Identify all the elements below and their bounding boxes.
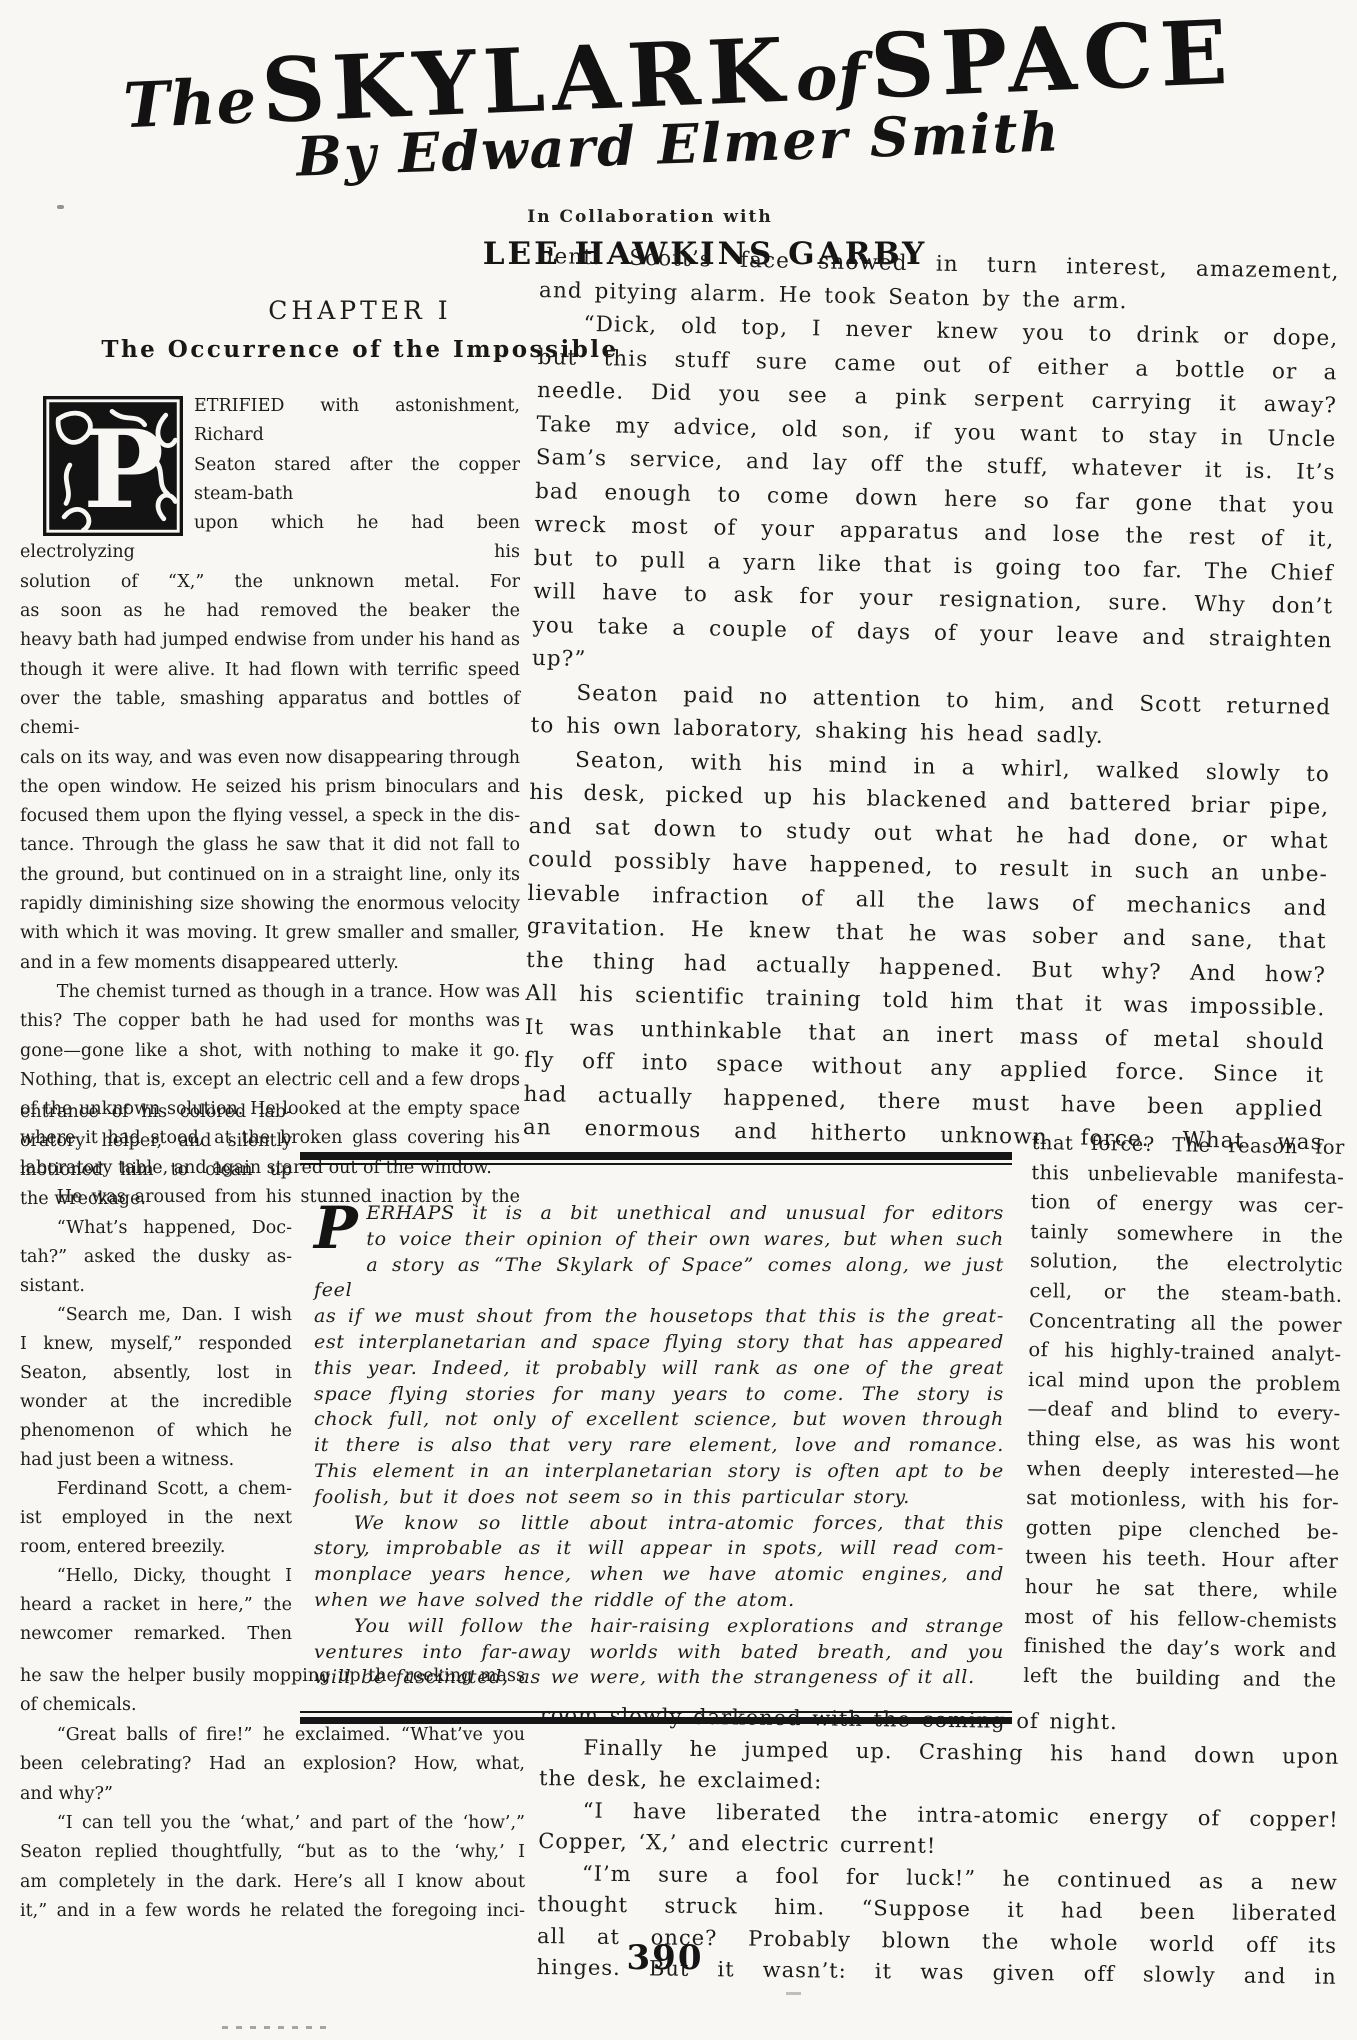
text-line: left the building and the <box>1023 1661 1336 1696</box>
text-line: solution of “X,” the unknown metal. For <box>20 568 520 597</box>
text-line: phenomenon of which he <box>20 1417 292 1446</box>
text-line: newcomer remarked. Then <box>20 1620 292 1649</box>
text-line: oratory helper, and silently <box>20 1127 292 1156</box>
text-line: gone—gone like a shot, with nothing to m… <box>20 1037 520 1066</box>
editor-note-box: P ERHAPS it is a bit unethical and unusu… <box>300 1152 1012 1724</box>
text-line: sistant. <box>20 1272 292 1301</box>
column-left-narrow: entrance of his colored lab-oratory help… <box>20 1098 292 1649</box>
text-line: story, improbable as it will appear in s… <box>314 1536 1004 1562</box>
text-line: it there is also that very rare element,… <box>314 1433 1004 1459</box>
text-line: been celebrating? Had an explosion? How,… <box>20 1750 525 1779</box>
scan-artifact-dot <box>57 205 64 209</box>
text-line: ERHAPS it is a bit unethical and unusual… <box>314 1201 1004 1227</box>
text-line: focused them upon the flying vessel, a s… <box>20 802 520 831</box>
text-line: You will follow the hair-raising explora… <box>314 1614 1004 1640</box>
text-line: ist employed in the next <box>20 1504 292 1533</box>
text-line: cals on its way, and was even now disapp… <box>20 744 520 773</box>
text-line: “Search me, Dan. I wish <box>20 1301 292 1330</box>
text-line: “Great balls of fire!” he exclaimed. “Wh… <box>20 1721 525 1750</box>
text-line: ical mind upon the problem <box>1028 1365 1341 1400</box>
text-line: ventures into far-away worlds with bated… <box>314 1640 1004 1666</box>
ornate-dropcap-icon: P <box>42 396 184 536</box>
scan-artifact-dash <box>786 1992 801 1995</box>
text-line: est interplanetarian and space flying st… <box>314 1330 1004 1356</box>
text-line: —deaf and blind to every- <box>1027 1394 1340 1429</box>
text-line: tion of energy was cer- <box>1031 1187 1344 1222</box>
text-line: am completely in the dark. Here’s all I … <box>20 1868 525 1897</box>
text-line: tween his teeth. Hour after <box>1025 1542 1338 1577</box>
text-line: tance. Through the glass he saw that it … <box>20 831 520 860</box>
column-right-top: dent. Scott’s face showed in turn intere… <box>523 240 1340 1160</box>
column-left-top: P ETRIFIED with astonishment, RichardSea… <box>20 392 520 1212</box>
text-line: Nothing, that is, except an electric cel… <box>20 1066 520 1095</box>
text-line: of his highly-trained analyt- <box>1028 1335 1341 1370</box>
text-line: the ground, but continued on in a straig… <box>20 861 520 890</box>
editor-note-body: P ERHAPS it is a bit unethical and unusu… <box>300 1165 1012 1691</box>
text-line: Ferdinand Scott, a chem- <box>20 1475 292 1504</box>
scan-artifact-dots <box>222 2026 334 2029</box>
text-line: when deeply interested—he <box>1026 1453 1339 1488</box>
text-line: had just been a witness. <box>20 1446 292 1475</box>
text-line: hour he sat there, while <box>1025 1572 1338 1607</box>
text-line: Seaton, absently, lost in <box>20 1359 292 1388</box>
text-line: and in a few moments disappeared utterly… <box>20 949 520 978</box>
text-line: it,” and in a few words he related the f… <box>20 1897 525 1926</box>
collaboration-note: In Collaboration with <box>430 207 870 227</box>
text-line: wonder at the incredible <box>20 1388 292 1417</box>
text-line: a story as “The Skylark of Space” comes … <box>314 1253 1004 1305</box>
text-line: and why?” <box>20 1780 525 1809</box>
text-line: entrance of his colored lab- <box>20 1098 292 1127</box>
text-line: motioned him to clean up <box>20 1156 292 1185</box>
text-line: monplace years hence, when we have atomi… <box>314 1562 1004 1588</box>
text-line: when we have solved the riddle of the at… <box>314 1588 1004 1614</box>
text-line: “Hello, Dicky, thought I <box>20 1562 292 1591</box>
text-line: room, entered breezily. <box>20 1533 292 1562</box>
text-line: though it were alive. It had flown with … <box>20 656 520 685</box>
title-of: of <box>794 40 867 116</box>
text-line: chock full, not only of excellent scienc… <box>314 1407 1004 1433</box>
text-line: Concentrating all the power <box>1029 1306 1342 1341</box>
text-line: Seaton replied thoughtfully, “but as to … <box>20 1838 525 1867</box>
text-line: The chemist turned as though in a trance… <box>20 978 520 1007</box>
text-line: tah?” asked the dusky as- <box>20 1243 292 1272</box>
text-line: to voice their opinion of their own ware… <box>314 1227 1004 1253</box>
text-line: that force? The reason for <box>1032 1128 1345 1163</box>
text-line: as soon as he had removed the beaker the <box>20 597 520 626</box>
text-line: sat motionless, with his for- <box>1026 1483 1339 1518</box>
text-line: foolish, but it does not seem so in this… <box>314 1485 1004 1511</box>
text-line: with which it was moving. It grew smalle… <box>20 919 520 948</box>
text-line: We know so little about intra-atomic for… <box>314 1511 1004 1537</box>
text-line: over the table, smashing apparatus and b… <box>20 685 520 744</box>
text-line: this year. Indeed, it probably will rank… <box>314 1356 1004 1382</box>
text-line: the open window. He seized his prism bin… <box>20 773 520 802</box>
text-line: solution, the electrolytic <box>1030 1246 1343 1281</box>
text-line: thing else, as was his wont <box>1027 1424 1340 1459</box>
page-number: 390 <box>610 1938 720 1978</box>
text-line: this? The copper bath he had used for mo… <box>20 1007 520 1036</box>
text-line: most of his fellow-chemists <box>1024 1601 1337 1636</box>
text-line: I knew, myself,” responded <box>20 1330 292 1359</box>
text-line: the wreckage. <box>20 1185 292 1214</box>
dropcap-letter: P <box>83 407 164 533</box>
text-line: tainly somewhere in the <box>1030 1217 1343 1252</box>
magazine-page: The SKYLARK of SPACE By Edward Elmer Smi… <box>0 0 1357 2040</box>
text-line: space flying stories for many years to c… <box>314 1382 1004 1408</box>
text-line: rapidly diminishing size showing the eno… <box>20 890 520 919</box>
text-line: cell, or the steam-bath. <box>1029 1276 1342 1311</box>
column-right-narrow: that force? The reason forthis unbelieva… <box>1023 1128 1345 1695</box>
text-line: finished the day’s work and <box>1024 1631 1337 1666</box>
text-line: heavy bath had jumped endwise from under… <box>20 626 520 655</box>
text-line: This element in an interplanetarian stor… <box>314 1459 1004 1485</box>
editor-note-dropcap: P <box>314 1203 358 1253</box>
text-line: will be fascinated, as we were, with the… <box>314 1665 1004 1691</box>
text-line: this unbelievable manifesta- <box>1031 1158 1344 1193</box>
box-rule-bottom-thick <box>300 1717 1012 1724</box>
text-line: as if we must shout from the housetops t… <box>314 1304 1004 1330</box>
text-line: “What’s happened, Doc- <box>20 1214 292 1243</box>
text-line: “I can tell you the ‘what,’ and part of … <box>20 1809 525 1838</box>
text-line: heard a racket in here,” the <box>20 1591 292 1620</box>
box-rule-bottom-thin <box>300 1711 1012 1713</box>
